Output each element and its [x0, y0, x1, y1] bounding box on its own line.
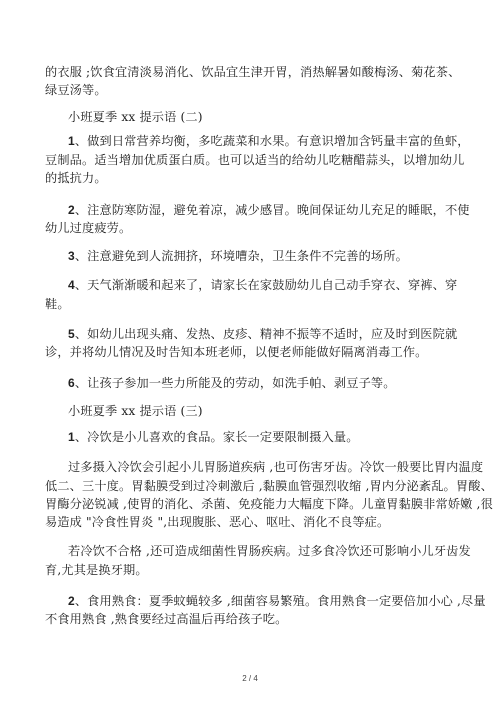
- section-heading-text: 小班夏季 xx 提示语 (二): [68, 110, 203, 124]
- section-heading-2: 小班夏季 xx 提示语 (二): [68, 108, 203, 126]
- paragraph-line: 易造成 "冷食性胃炎 ",出现腹胀、恶心、呕吐、消化不良等症。: [45, 513, 389, 531]
- paragraph-line: 若冷饮不合格 ,还可造成细菌性胃肠疾病。过多食冷饮还可影响小儿牙齿发: [68, 542, 471, 560]
- item-number: 2: [68, 594, 75, 608]
- document-page: 的衣服 ;饮食宜清淡易消化、饮品宜生津开胃，消热解暑如酸梅汤、菊花茶、 绿豆汤等…: [0, 0, 500, 708]
- item-text: 、冷饮是小儿喜欢的食品。家长一定要限制摄入量。: [75, 430, 359, 444]
- list-item: 1、做到日常营养均衡，多吃蔬菜和水果。有意识增加含钙量丰富的鱼虾，: [68, 132, 470, 150]
- list-item: 5、如幼儿出现头痛、发热、皮疹、精神不振等不适时，应及时到医院就: [68, 325, 457, 343]
- paragraph-line: 低二、三十度。胃黏膜受到过冷刺激后 ,黏膜血管强烈收缩 ,胃内分泌紊乱。胃酸、: [45, 477, 493, 495]
- item-text-line: 豆制品。适当增加优质蛋白质。也可以适当的给幼儿吃糖醋蒜头，以增加幼儿: [45, 151, 464, 169]
- item-text-line: 不食用熟食 ,熟食要经过高温后再给孩子吃。: [45, 610, 287, 628]
- item-number: 5: [68, 327, 75, 341]
- continuation-line: 绿豆汤等。: [45, 81, 107, 99]
- item-number: 3: [68, 249, 75, 263]
- item-number: 1: [68, 134, 75, 148]
- item-text-line: 幼儿过度疲劳。: [45, 219, 131, 237]
- page-indicator: 2 / 4: [0, 674, 500, 683]
- list-item: 6、让孩子参加一些力所能及的劳动，如洗手帕、剥豆子等。: [68, 374, 396, 392]
- item-text: 、做到日常营养均衡，多吃蔬菜和水果。有意识增加含钙量丰富的鱼虾，: [75, 134, 470, 148]
- list-item: 4、天气渐渐暖和起来了，请家长在家鼓励幼儿自己动手穿衣、穿裤、穿: [68, 276, 457, 294]
- continuation-line: 的衣服 ;饮食宜清淡易消化、饮品宜生津开胃，消热解暑如酸梅汤、菊花茶、: [45, 63, 460, 81]
- item-text: 、天气渐渐暖和起来了，请家长在家鼓励幼儿自己动手穿衣、穿裤、穿: [75, 278, 457, 292]
- section-heading-3: 小班夏季 xx 提示语 (三): [68, 402, 203, 420]
- item-text: 、如幼儿出现头痛、发热、皮疹、精神不振等不适时，应及时到医院就: [75, 327, 457, 341]
- list-item: 2、注意防寒防湿，避免着凉，减少感冒。晚间保证幼儿充足的睡眠，不使: [68, 201, 470, 219]
- paragraph-line: 胃酶分泌锐减 ,使胃的消化、杀菌、免疫能力大幅度下降。儿童胃黏膜非常娇嫩 ,很: [45, 495, 493, 513]
- list-item: 3、注意避免到人流拥挤，环境嘈杂，卫生条件不完善的场所。: [68, 247, 408, 265]
- item-text: 、注意防寒防湿，避免着凉，减少感冒。晚间保证幼儿充足的睡眠，不使: [75, 203, 470, 217]
- item-number: 4: [68, 278, 75, 292]
- item-text-line: 诊，并将幼儿情况及时告知本班老师，以便老师能做好隔离消毒工作。: [45, 343, 427, 361]
- paragraph-line: 育,尤其是换牙期。: [45, 561, 148, 579]
- item-text: 、让孩子参加一些力所能及的劳动，如洗手帕、剥豆子等。: [75, 376, 396, 390]
- paragraph-line: 过多摄入冷饮会引起小儿胃肠道疾病 ,也可伤害牙齿。冷饮一般要比胃内温度: [68, 458, 483, 476]
- item-text-line: 的抵抗力。: [45, 169, 107, 187]
- item-text: 、食用熟食：夏季蚊蝇较多 ,细菌容易繁殖。食用熟食一定要倍加小心 ,尽量: [75, 594, 486, 608]
- section-heading-text: 小班夏季 xx 提示语 (三): [68, 404, 203, 418]
- item-text-line: 鞋。: [45, 295, 70, 313]
- item-number: 1: [68, 430, 75, 444]
- list-item: 1、冷饮是小儿喜欢的食品。家长一定要限制摄入量。: [68, 428, 359, 446]
- list-item: 2、食用熟食：夏季蚊蝇较多 ,细菌容易繁殖。食用熟食一定要倍加小心 ,尽量: [68, 592, 486, 610]
- item-number: 2: [68, 203, 75, 217]
- item-text: 、注意避免到人流拥挤，环境嘈杂，卫生条件不完善的场所。: [75, 249, 408, 263]
- item-number: 6: [68, 376, 75, 390]
